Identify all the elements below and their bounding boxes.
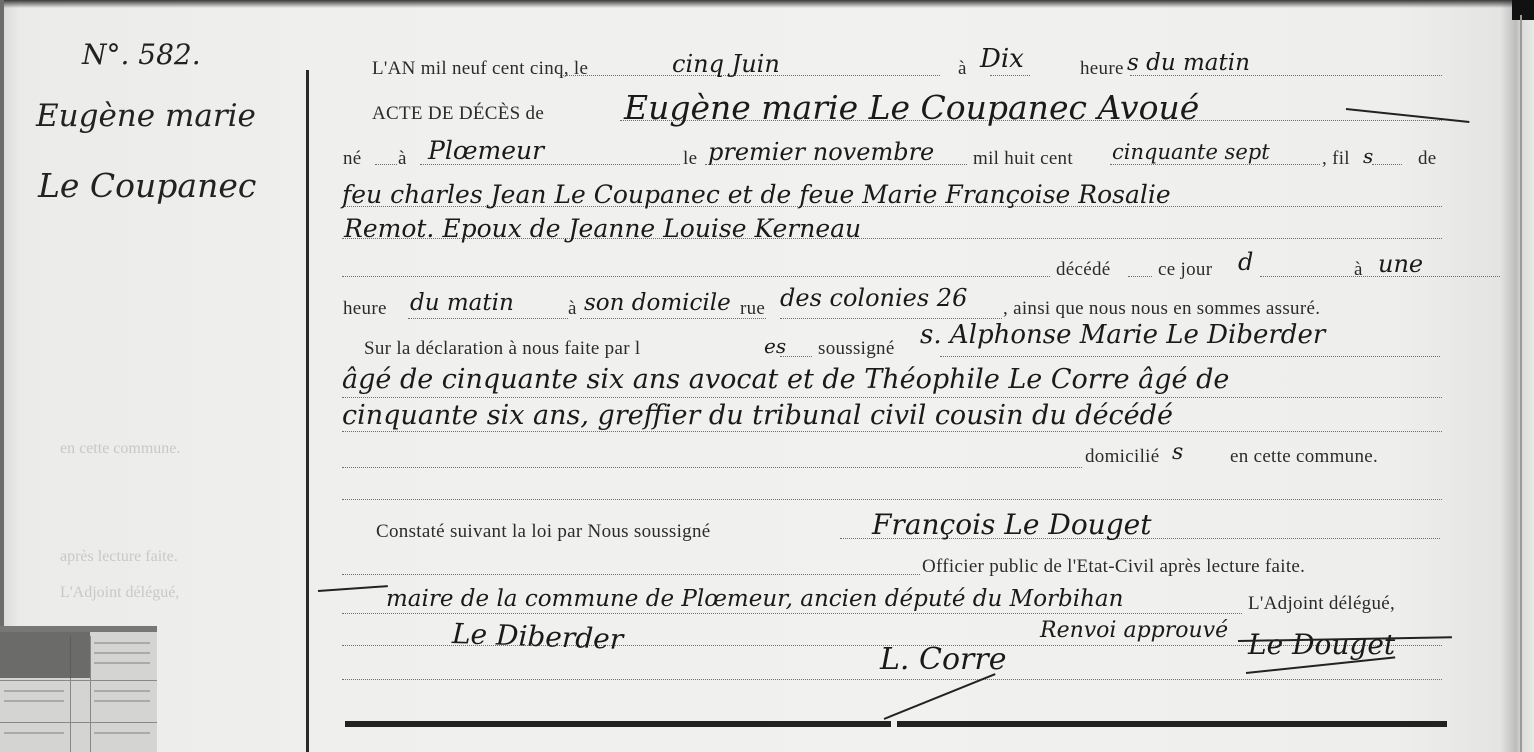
dotted-rule	[375, 164, 397, 165]
signature-flourish	[884, 673, 996, 720]
dotted-rule	[342, 613, 1242, 614]
register-page: en cette commune. après lecture faite. L…	[0, 0, 1534, 752]
margin-rule	[306, 70, 309, 752]
printed-text: ce jour	[1158, 259, 1212, 281]
handwritten-place-of-death: son domicile	[584, 290, 731, 316]
printed-text: à	[958, 58, 967, 80]
printed-text: mil huit cent	[973, 148, 1073, 170]
entry-separator	[345, 721, 891, 727]
printed-text: le	[683, 148, 697, 170]
handwritten-officer-name: François Le Douget	[872, 508, 1151, 541]
printed-text: Constaté suivant la loi par Nous soussig…	[376, 521, 711, 543]
handwritten-date: cinq Juin	[672, 50, 780, 78]
handwritten-suffix: s	[1172, 440, 1183, 465]
handwritten-suffix: d	[1238, 248, 1253, 276]
dotted-rule	[780, 318, 1002, 319]
entry-separator	[897, 721, 1447, 727]
dotted-rule	[408, 318, 568, 319]
handwritten-suffix: s	[1363, 144, 1373, 168]
printed-text: Officier public de l'Etat-Civil après le…	[922, 556, 1305, 578]
dotted-rule	[990, 75, 1030, 76]
printed-text: rue	[740, 298, 765, 320]
dotted-rule	[342, 397, 1442, 398]
handwritten-suffix: es	[764, 334, 786, 358]
handwritten-time-of-day: du matin	[410, 290, 514, 316]
printed-text: , ainsi que nous nous en sommes assuré.	[1003, 298, 1320, 320]
handwritten-parents: feu charles Jean Le Coupanec et de feue …	[342, 180, 1171, 209]
handwritten-officer-title: maire de la commune de Plœmeur, ancien d…	[386, 586, 1123, 612]
printed-text: en cette commune.	[1230, 446, 1378, 468]
handwritten-declarant-1: s. Alphonse Marie Le Diberder	[920, 320, 1325, 350]
margin-given-names: Eugène marie	[36, 98, 256, 134]
printed-text: de	[1418, 148, 1437, 170]
handwritten-declarants-detail: âgé de cinquante six ans avocat et de Th…	[342, 364, 1229, 395]
dotted-rule	[1110, 164, 1320, 165]
handwritten-time-of-day: s du matin	[1127, 50, 1250, 76]
page-overview-thumbnail[interactable]	[0, 626, 157, 752]
handwritten-death-hour: une	[1378, 250, 1423, 278]
printed-text: domicilié	[1085, 446, 1159, 468]
page-binding-line	[1520, 15, 1522, 752]
margin-surname: Le Coupanec	[38, 166, 256, 205]
dotted-rule	[1372, 164, 1402, 165]
scan-corner	[1512, 0, 1534, 20]
bleed-through-text: L'Adjoint délégué,	[60, 584, 179, 602]
printed-text: heure	[343, 298, 387, 320]
printed-text: à	[1354, 259, 1363, 281]
bleed-through-text: après lecture faite.	[60, 548, 178, 566]
signature-officer: Le Douget	[1248, 628, 1395, 661]
handwritten-birthplace: Plœmeur	[428, 136, 544, 165]
printed-text: né	[343, 148, 362, 170]
scan-top-edge	[0, 0, 1534, 8]
printed-text: heure	[1080, 58, 1124, 80]
printed-text: à	[398, 148, 407, 170]
handwritten-birth-year: cinquante sept	[1112, 140, 1270, 164]
printed-text: L'AN mil neuf cent cinq, le	[372, 58, 588, 80]
handwritten-declarants-detail: cinquante six ans, greffier du tribunal …	[342, 400, 1173, 431]
viewport-indicator[interactable]	[0, 632, 90, 678]
dotted-rule	[940, 356, 1440, 357]
handwritten-birth-date: premier novembre	[708, 138, 934, 166]
handwritten-deceased-name: Eugène marie Le Coupanec Avoué	[624, 88, 1199, 127]
approval-note: Renvoi approuvé	[1040, 618, 1228, 643]
insertion-mark	[318, 585, 388, 592]
dotted-rule	[342, 499, 1442, 500]
printed-text: L'Adjoint délégué,	[1248, 593, 1395, 615]
signature-declarant-2: L. Corre	[880, 642, 1006, 677]
printed-text: , fil	[1322, 148, 1350, 170]
printed-text: ACTE DE DÉCÈS de	[372, 103, 544, 125]
dotted-rule	[342, 431, 1442, 432]
signature-declarant-1: Le Diberder	[451, 617, 623, 656]
record-number: N°. 582.	[82, 38, 201, 71]
printed-text: à	[568, 298, 577, 320]
handwritten-hour: Dix	[980, 44, 1024, 74]
dotted-rule	[342, 574, 920, 575]
dotted-rule	[342, 467, 1082, 468]
printed-text: soussigné	[818, 338, 895, 360]
dotted-rule	[1128, 276, 1152, 277]
printed-text: Sur la déclaration à nous faite par l	[364, 338, 640, 360]
bleed-through-text: en cette commune.	[60, 440, 180, 458]
printed-text: décédé	[1056, 259, 1111, 281]
handwritten-street: des colonies 26	[780, 284, 967, 312]
dotted-rule	[580, 318, 766, 319]
handwritten-spouse: Remot. Epoux de Jeanne Louise Kerneau	[344, 214, 861, 243]
dotted-rule	[342, 679, 1442, 680]
dotted-rule	[342, 276, 1050, 277]
